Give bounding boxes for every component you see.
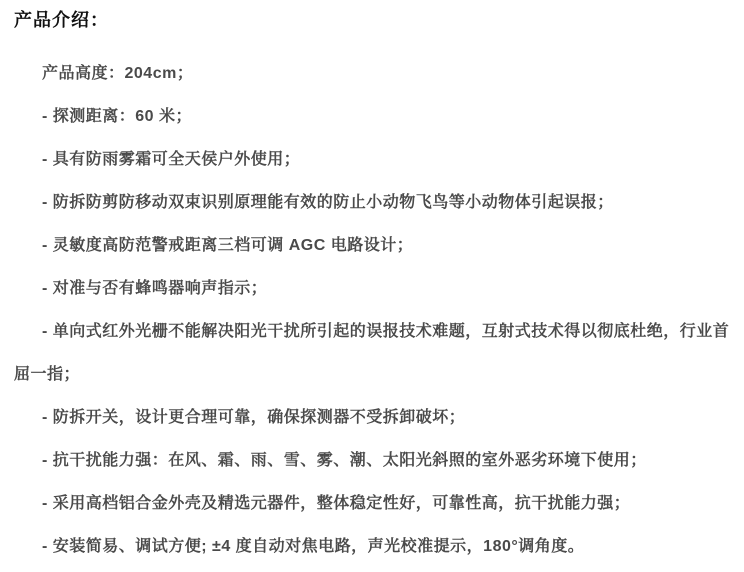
feature-list: 产品高度：204cm；- 探测距离：60 米；- 具有防雨雾霜可全天侯户外使用；… xyxy=(14,52,736,568)
feature-line: - 抗干扰能力强：在风、霜、雨、雪、雾、潮、太阳光斜照的室外恶劣环境下使用； xyxy=(14,439,736,482)
product-description-section: 产品介绍： 产品高度：204cm；- 探测距离：60 米；- 具有防雨雾霜可全天… xyxy=(0,0,744,572)
feature-line: - 采用高档铝合金外壳及精选元器件，整体稳定性好，可靠性高，抗干扰能力强； xyxy=(14,482,736,525)
feature-line: - 单向式红外光栅不能解决阳光干扰所引起的误报技术难题，互射式技术得以彻底杜绝，… xyxy=(14,310,736,396)
feature-line: - 灵敏度高防范警戒距离三档可调 AGC 电路设计； xyxy=(14,224,736,267)
feature-line: - 对准与否有蜂鸣器响声指示； xyxy=(14,267,736,310)
feature-line: - 具有防雨雾霜可全天侯户外使用； xyxy=(14,138,736,181)
feature-line: - 安装简易、调试方便; ±4 度自动对焦电路，声光校准提示，180°调角度。 xyxy=(14,525,736,568)
feature-line: - 防拆防剪防移动双束识别原理能有效的防止小动物飞鸟等小动物体引起误报； xyxy=(14,181,736,224)
feature-line: - 探测距离：60 米； xyxy=(14,95,736,138)
section-title: 产品介绍： xyxy=(14,8,736,32)
feature-line: - 防拆开关，设计更合理可靠，确保探测器不受拆卸破坏； xyxy=(14,396,736,439)
feature-line: 产品高度：204cm； xyxy=(14,52,736,95)
